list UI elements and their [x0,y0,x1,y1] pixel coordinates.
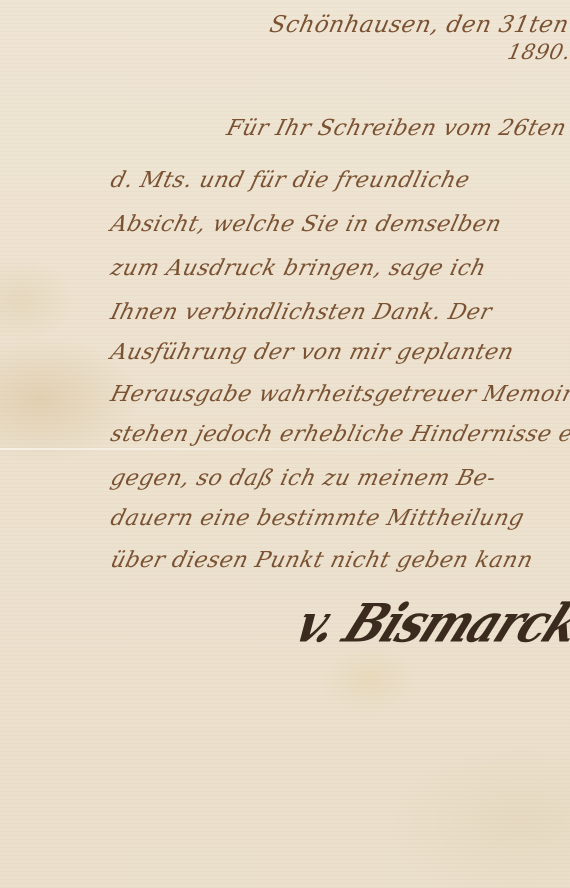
letter-line: über diesen Punkt nicht geben kann [108,548,536,573]
letter-line: Ausführung der von mir geplanten [108,340,516,365]
letter-line: d. Mts. und für die freundliche [108,168,472,193]
paper-fold-line [0,448,570,450]
letter-line: Absicht, welche Sie in demselben [108,212,504,237]
letter-line: gegen, so daß ich zu meinem Be- [108,466,498,491]
letter-line: Ihnen verbindlichsten Dank. Der [108,300,495,325]
letter-line: dauern eine bestimmte Mittheilung [108,506,527,531]
year-heading: 1890. [505,40,570,64]
signature: v. Bismarck [286,592,570,654]
letter-line: Für Ihr Schreiben vom 26ten [224,116,569,141]
place-date-heading: Schönhausen, den 31ten Juli [267,12,570,38]
letter-line: stehen jedoch erhebliche Hindernisse ent… [108,422,570,447]
letter-page: Schönhausen, den 31ten Juli 1890. Für Ih… [0,0,570,888]
letter-line: zum Ausdruck bringen, sage ich [108,256,489,281]
letter-line: Herausgabe wahrheitsgetreuer Memoiren [108,382,570,407]
